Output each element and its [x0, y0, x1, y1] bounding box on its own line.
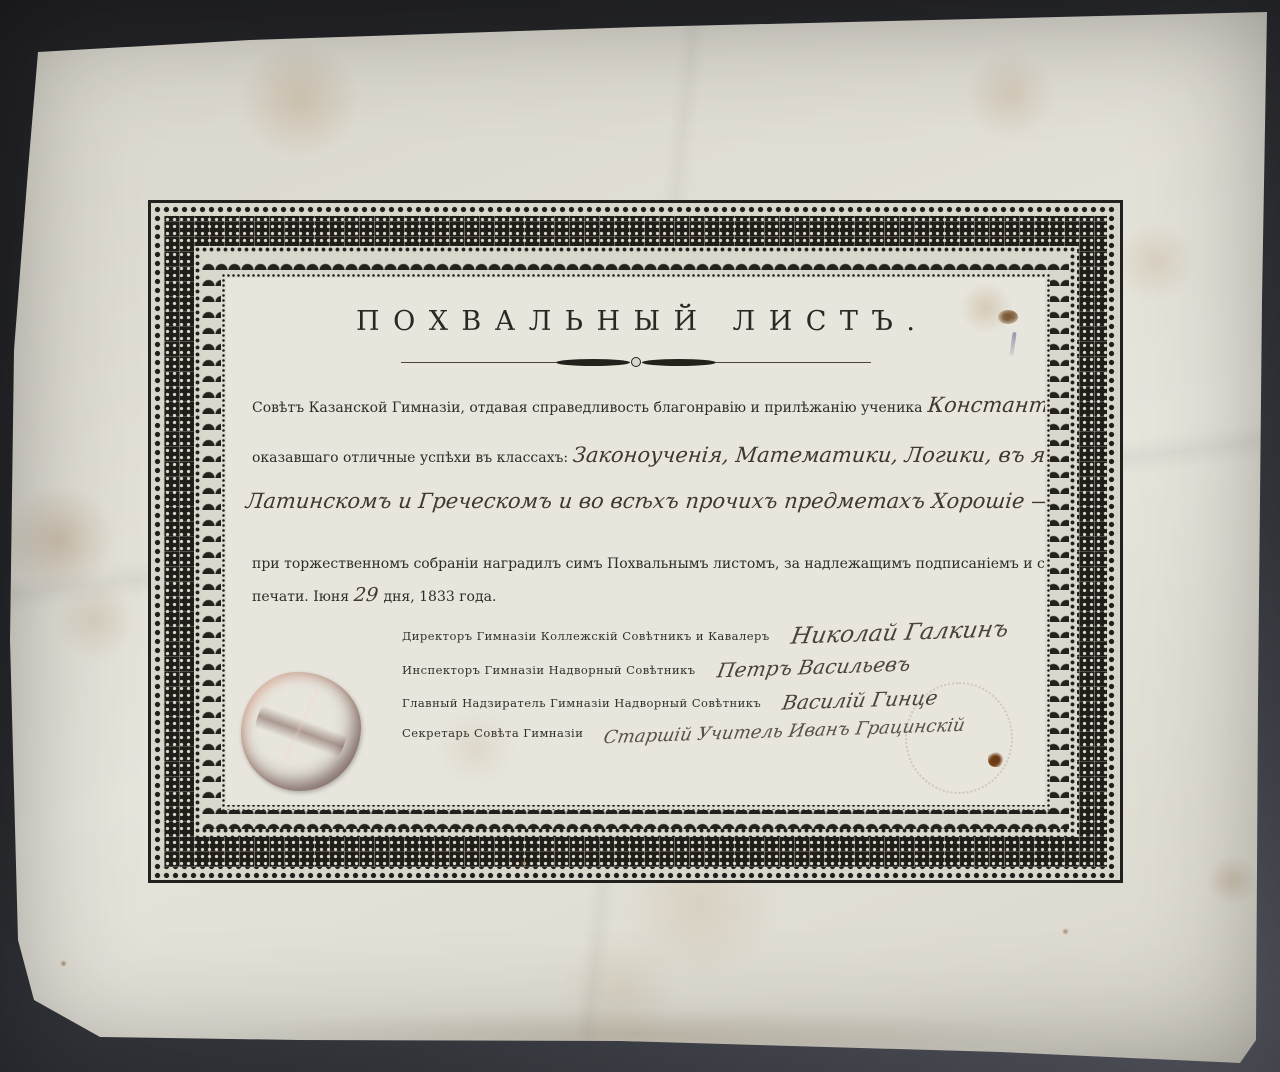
signature-label: Директоръ Гимназіи Коллежскій Совѣтникъ …: [402, 629, 770, 643]
signature-label: Секретарь Совѣта Гимназіи: [402, 726, 583, 740]
signature-row-inspector: Инспекторъ Гимназіи Надворный Совѣтникъ …: [402, 655, 1019, 679]
divider-lens-left: [556, 359, 630, 366]
brown-spot: [988, 752, 1004, 767]
signature-label: Главный Надзиратель Гимназіи Надворный С…: [402, 696, 761, 710]
handwritten-day: 29: [353, 584, 379, 606]
body-line-3: Латинскомъ и Греческомъ и во всѣхъ прочи…: [246, 489, 1019, 513]
signature-label: Инспекторъ Гимназіи Надворный Совѣтникъ: [402, 663, 696, 677]
photograph-of-document: ПОХВАЛЬНЫЙ ЛИСТЪ.: [0, 0, 1280, 1072]
divider-ornament-icon: [401, 357, 871, 367]
printed-text: при торжественномъ собраніи наградилъ си…: [252, 556, 1045, 572]
divider-center-dot: [631, 357, 641, 367]
certificate-body: Совѣтъ Казанской Гимназіи, отдавая справ…: [252, 393, 1019, 606]
handwritten-signature: Николай Галкинъ: [789, 616, 1011, 650]
body-line-2: оказавшаго отличные успѣхи въ классахъ: …: [252, 443, 1019, 467]
aged-paper-sheet: ПОХВАЛЬНЫЙ ЛИСТЪ.: [0, 0, 1280, 1072]
printed-text: Совѣтъ Казанской Гимназіи, отдавая справ…: [252, 400, 923, 416]
certificate-title: ПОХВАЛЬНЫЙ ЛИСТЪ.: [252, 306, 1019, 337]
handwritten-signature: Петръ Васильевъ: [715, 652, 912, 683]
signature-row-director: Директоръ Гимназіи Коллежскій Совѣтникъ …: [402, 620, 1019, 646]
handwritten-student-name: Константина Иванова,: [926, 393, 1045, 417]
speck: [60, 960, 67, 967]
divider-rule-right: [716, 362, 871, 363]
printed-text: оказавшаго отличные успѣхи въ классахъ:: [252, 450, 568, 466]
body-line-1: Совѣтъ Казанской Гимназіи, отдавая справ…: [252, 393, 1019, 417]
printed-text: печати. Іюня: [252, 589, 349, 605]
divider-rule-left: [401, 362, 556, 363]
body-line-5-date: печати. Іюня 29 дня, 1833 года.: [252, 584, 1019, 606]
speck: [1062, 928, 1069, 935]
handwritten-subjects: Законоученія, Математики, Логики, въ язы…: [572, 443, 1045, 467]
speck: [520, 860, 527, 867]
body-line-4: при торжественномъ собраніи наградилъ си…: [252, 553, 1019, 572]
handwritten-subjects-continued: Латинскомъ и Греческомъ и во всѣхъ прочи…: [245, 489, 1045, 513]
embossed-stamp-impression: [905, 682, 1013, 794]
printed-text: дня, 1833 года.: [383, 589, 496, 605]
divider-lens-right: [642, 359, 716, 366]
ink-blot: [998, 310, 1018, 324]
